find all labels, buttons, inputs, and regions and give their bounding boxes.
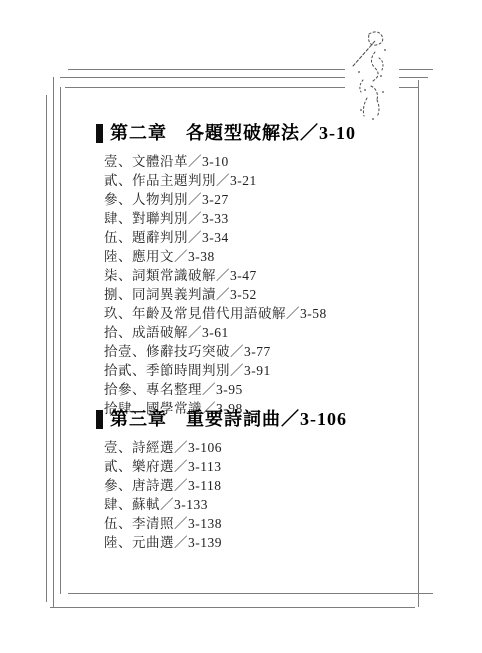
toc-item: 肆、蘇軾／3-133 <box>104 495 347 514</box>
toc-item: 捌、同詞異義判讀／3-52 <box>104 285 356 304</box>
chapter-3-heading: 第三章 重要詩詞曲／3-106 <box>96 408 347 430</box>
toc-item: 肆、對聯判別／3-33 <box>104 209 356 228</box>
toc-item: 貳、樂府選／3-113 <box>104 457 347 476</box>
chapter-section-2: 第二章 各題型破解法／3-10 壹、文體沿革／3-10 貳、作品主題判別／3-2… <box>96 122 356 418</box>
toc-item: 拾壹、修辭技巧突破／3-77 <box>104 342 356 361</box>
chapter-section-3: 第三章 重要詩詞曲／3-106 壹、詩經選／3-106 貳、樂府選／3-113 … <box>96 408 347 552</box>
frame-line-left-1 <box>46 95 47 602</box>
toc-item: 陸、元曲選／3-139 <box>104 533 347 552</box>
toc-item: 參、唐詩選／3-118 <box>104 476 347 495</box>
toc-item: 玖、年齡及常見借代用語破解／3-58 <box>104 304 356 323</box>
toc-item: 拾參、專名整理／3-95 <box>104 380 356 399</box>
frame-line-left-3 <box>60 87 61 594</box>
chapter-marker-icon <box>96 410 103 429</box>
toc-item: 伍、李清照／3-138 <box>104 514 347 533</box>
toc-page: 第二章 各題型破解法／3-10 壹、文體沿革／3-10 貳、作品主題判別／3-2… <box>0 0 482 653</box>
chapter-marker-icon <box>96 124 103 143</box>
chapter-3-title: 第三章 重要詩詞曲／3-106 <box>110 408 347 430</box>
chapter-2-items: 壹、文體沿革／3-10 貳、作品主題判別／3-21 參、人物判別／3-27 肆、… <box>104 152 356 418</box>
toc-item: 陸、應用文／3-38 <box>104 247 356 266</box>
chapter-2-heading: 第二章 各題型破解法／3-10 <box>96 122 356 144</box>
frame-line-left-2 <box>53 77 54 607</box>
frame-line-bottom-2 <box>50 607 415 608</box>
toc-item: 參、人物判別／3-27 <box>104 190 356 209</box>
toc-item: 貳、作品主題判別／3-21 <box>104 171 356 190</box>
toc-item: 柒、詞類常識破解／3-47 <box>104 266 356 285</box>
chapter-3-items: 壹、詩經選／3-106 貳、樂府選／3-113 參、唐詩選／3-118 肆、蘇軾… <box>104 438 347 552</box>
toc-item: 伍、題辭判別／3-34 <box>104 228 356 247</box>
frame-line-bottom-1 <box>68 593 433 594</box>
toc-item: 拾貳、季節時間判別／3-91 <box>104 361 356 380</box>
frame-line-right <box>418 80 419 607</box>
toc-item: 拾、成語破解／3-61 <box>104 323 356 342</box>
toc-item: 壹、詩經選／3-106 <box>104 438 347 457</box>
chapter-2-title: 第二章 各題型破解法／3-10 <box>110 122 356 144</box>
ink-sketch-figure-icon <box>345 26 399 124</box>
toc-item: 壹、文體沿革／3-10 <box>104 152 356 171</box>
